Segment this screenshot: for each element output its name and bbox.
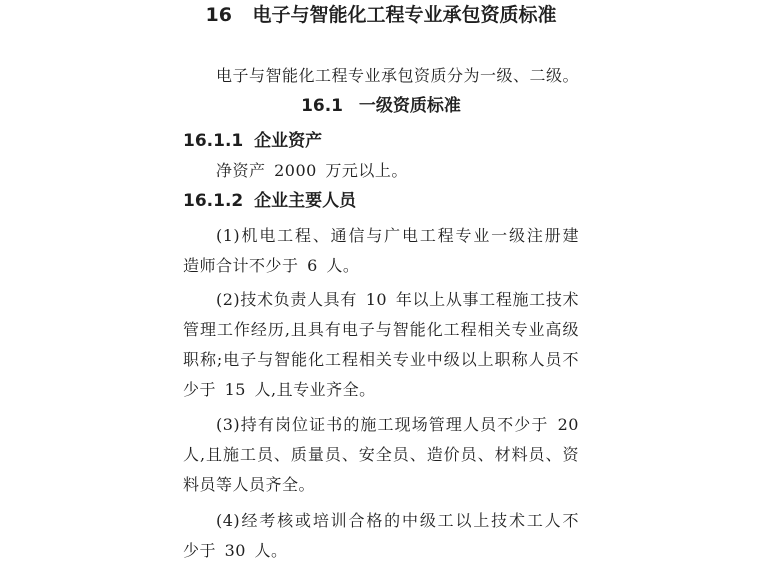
requirement-1-line-2: 造师合计不少于 6 人。 [183,251,579,281]
net-assets-line: 净资产 2000 万元以上。 [183,156,579,186]
requirement-2-line-1: (2)技术负责人具有 10 年以上从事工程施工技术 [183,285,579,315]
requirement-3-line-2: 人,且施工员、质量员、安全员、造价员、材料员、资 [183,440,579,470]
requirement-paragraph-1: (1)机电工程、通信与广电工程专业一级注册建 造师合计不少于 6 人。 [183,221,579,281]
section-heading-16-1: 16.1 一级资质标准 [183,91,579,121]
requirement-4-line-2: 少于 30 人。 [183,536,579,566]
intro-paragraph: 电子与智能化工程专业承包资质分为一级、二级。 [183,61,579,91]
requirement-3-line-1: (3)持有岗位证书的施工现场管理人员不少于 20 [183,410,579,440]
document-title: 16 电子与智能化工程专业承包资质标准 [183,2,579,28]
requirement-paragraph-4: (4)经考核或培训合格的中级工以上技术工人不 少于 30 人。 [183,506,579,566]
requirement-2-line-2: 管理工作经历,且具有电子与智能化工程相关专业高级 [183,315,579,345]
subsection-heading-16-1-2: 16.1.2 企业主要人员 [183,186,579,216]
requirement-3-line-3: 料员等人员齐全。 [183,470,579,500]
document-content: 16 电子与智能化工程专业承包资质标准 电子与智能化工程专业承包资质分为一级、二… [183,0,579,566]
document-page: 16 电子与智能化工程专业承包资质标准 电子与智能化工程专业承包资质分为一级、二… [0,0,760,570]
requirement-paragraph-2: (2)技术负责人具有 10 年以上从事工程施工技术 管理工作经历,且具有电子与智… [183,285,579,405]
subsection-heading-16-1-1: 16.1.1 企业资产 [183,126,579,156]
requirement-paragraph-3: (3)持有岗位证书的施工现场管理人员不少于 20 人,且施工员、质量员、安全员、… [183,410,579,500]
requirement-2-line-4: 少于 15 人,且专业齐全。 [183,375,579,405]
requirement-1-line-1: (1)机电工程、通信与广电工程专业一级注册建 [183,221,579,251]
requirement-4-line-1: (4)经考核或培训合格的中级工以上技术工人不 [183,506,579,536]
requirement-2-line-3: 职称;电子与智能化工程相关专业中级以上职称人员不 [183,345,579,375]
